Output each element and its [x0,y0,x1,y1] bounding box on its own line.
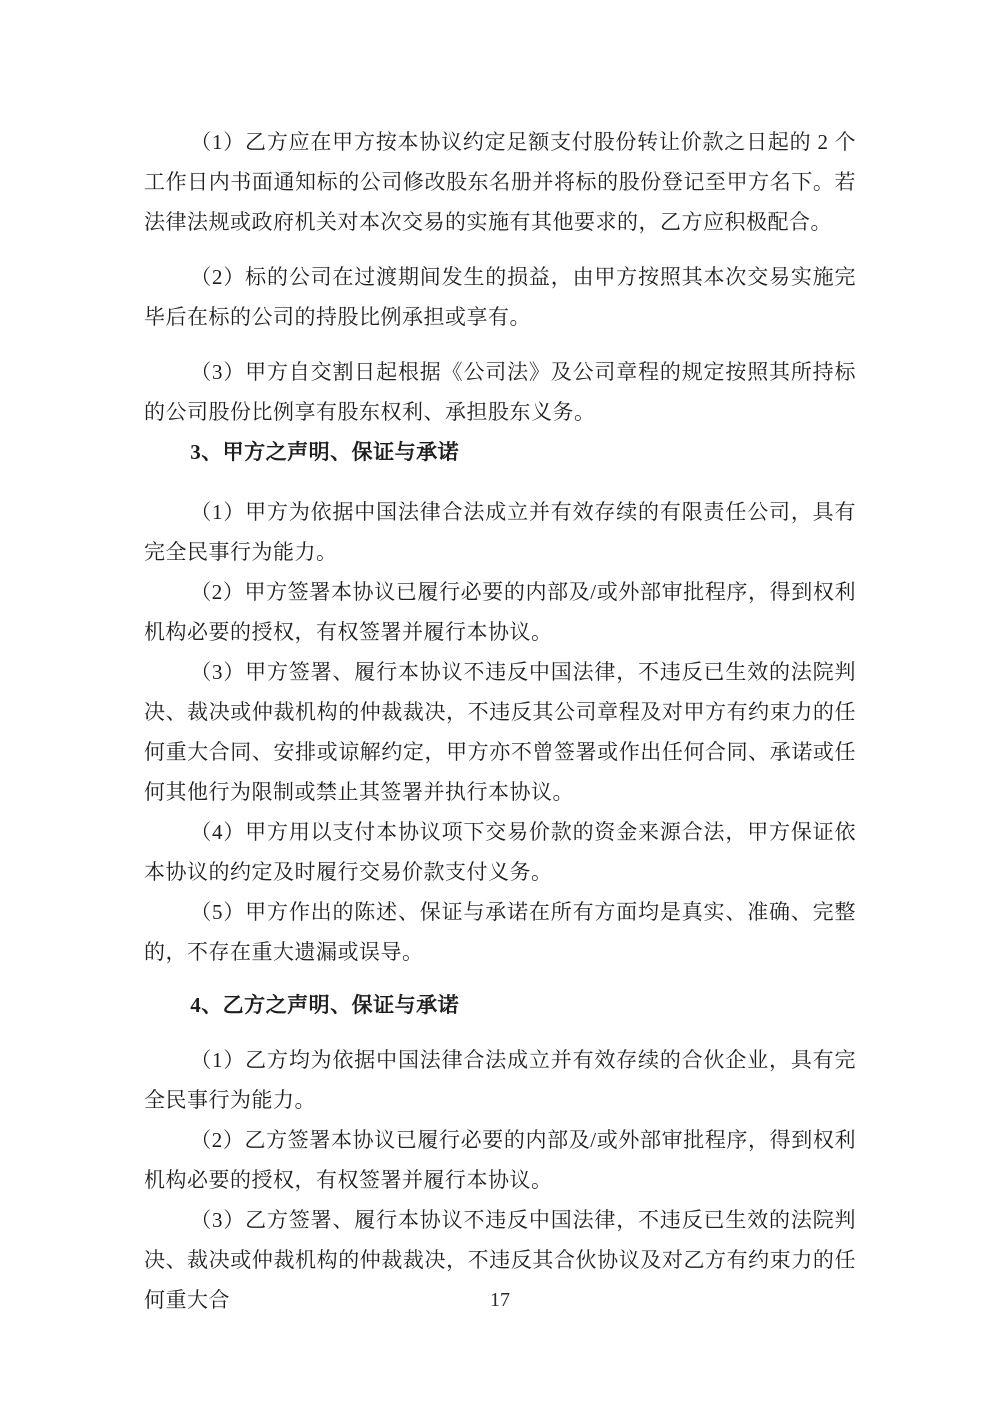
paragraph-transition-period-pnl: （2）标的公司在过渡期间发生的损益，由甲方按照其本次交易实施完毕后在标的公司的持… [144,257,856,337]
paragraph-party-a-rep-4: （4）甲方用以支付本协议项下交易价款的资金来源合法，甲方保证依本协议的约定及时履… [144,812,856,892]
section-heading-party-b-representations: 4、乙方之声明、保证与承诺 [144,985,856,1025]
paragraph-party-a-rep-1: （1）甲方为依据中国法律合法成立并有效存续的有限责任公司，具有完全民事行为能力。 [144,492,856,572]
paragraph-party-a-rep-3: （3）甲方签署、履行本协议不违反中国法律，不违反已生效的法院判决、裁决或仲裁机构… [144,652,856,812]
paragraph-closing-obligation-1: （1）乙方应在甲方按本协议约定足额支付股份转让价款之日起的 2 个工作日内书面通… [144,122,856,242]
section-heading-party-a-representations: 3、甲方之声明、保证与承诺 [144,432,856,472]
paragraph-party-b-rep-2: （2）乙方签署本协议已履行必要的内部及/或外部审批程序，得到权利机构必要的授权，… [144,1120,856,1200]
paragraph-party-a-rep-5: （5）甲方作出的陈述、保证与承诺在所有方面均是真实、准确、完整的，不存在重大遗漏… [144,892,856,972]
document-content: （1）乙方应在甲方按本协议约定足额支付股份转让价款之日起的 2 个工作日内书面通… [144,122,856,1320]
document-page: （1）乙方应在甲方按本协议约定足额支付股份转让价款之日起的 2 个工作日内书面通… [0,0,1000,1414]
paragraph-shareholder-rights: （3）甲方自交割日起根据《公司法》及公司章程的规定按照其所持标的公司股份比例享有… [144,352,856,432]
page-number: 17 [0,1286,1000,1314]
paragraph-party-a-rep-2: （2）甲方签署本协议已履行必要的内部及/或外部审批程序，得到权利机构必要的授权，… [144,572,856,652]
paragraph-party-b-rep-1: （1）乙方均为依据中国法律合法成立并有效存续的合伙企业，具有完全民事行为能力。 [144,1040,856,1120]
